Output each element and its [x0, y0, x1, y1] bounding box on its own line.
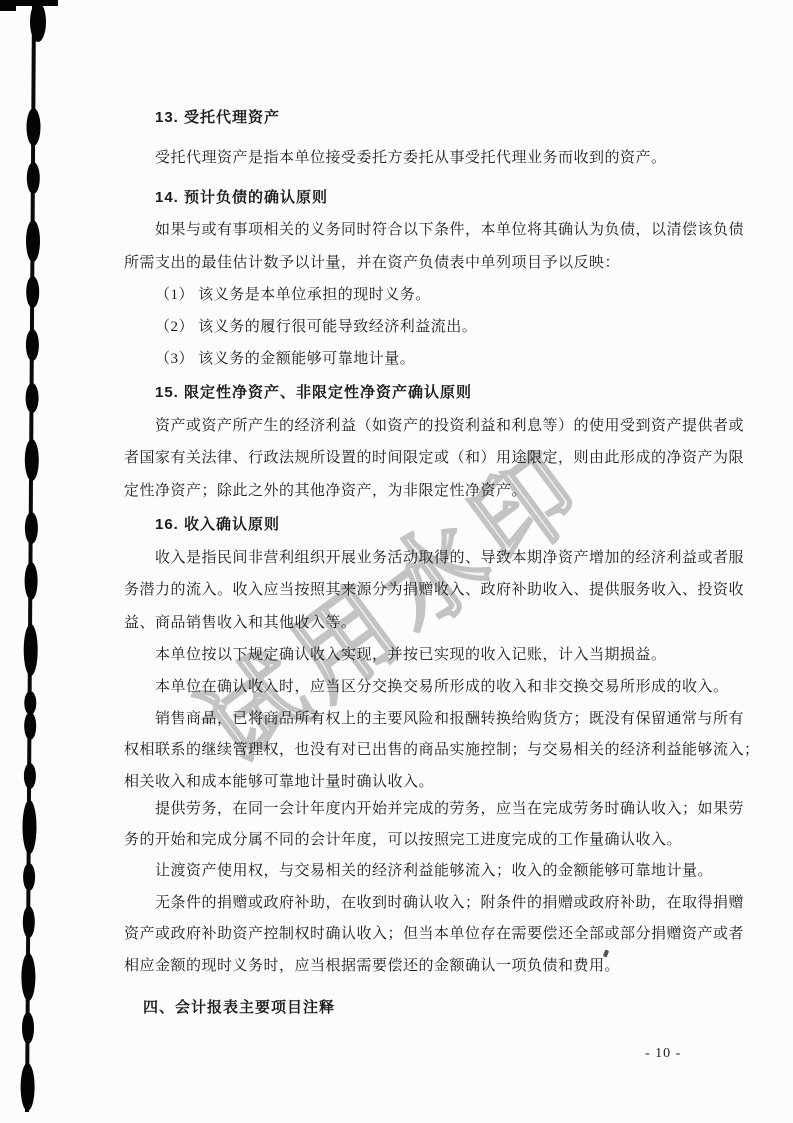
scanned-document-page: 试用水印 13. 受托代理资产 受托代理资产是指本单位接受委托方委托从事受托代理…: [0, 0, 793, 1123]
text-line: 定性净资产；除此之外的其他净资产，为非限定性净资产。: [124, 479, 724, 503]
text-line: 如果与或有事项相关的义务同时符合以下条件，本单位将其确认为负债，以清偿该负债: [124, 218, 755, 242]
text-line: 本单位在确认收入时，应当区分交换交易所形成的收入和非交换交易所形成的收入。: [124, 675, 755, 699]
text-line: 无条件的捐赠或政府补助，在收到时确认收入；附条件的捐赠或政府补助，在取得捐赠: [124, 891, 755, 915]
text-line: 相应金额的现时义务时，应当根据需要偿还的金额确认一项负债和费用。: [124, 954, 724, 978]
text-line: 资产或资产所产生的经济利益（如资产的投资利益和利息等）的使用受到资产提供者或: [124, 414, 755, 438]
list-item-1: （1） 该义务是本单位承担的现时义务。: [124, 283, 755, 307]
text-line: 让渡资产使用权，与交易相关的经济利益能够流入；收入的金额能够可靠地计量。: [124, 859, 755, 883]
text-line: 受托代理资产是指本单位接受委托方委托从事受托代理业务而收到的资产。: [124, 146, 755, 170]
text-line: 收入是指民间非营利组织开展业务活动取得的、导致本期净资产增加的经济利益或者服: [124, 546, 755, 570]
text-line: 益、商品销售收入和其他收入等。: [124, 611, 724, 635]
text-line: 相关收入和成本能够可靠地计量时确认收入。: [124, 770, 724, 794]
text-line: 务的开始和完成分属不同的会计年度，可以按照完工进度完成的工作量确认收入。: [124, 828, 724, 852]
section-heading-4-notes: 四、会计报表主要项目注释: [124, 996, 743, 1020]
page-number: - 10 -: [645, 1046, 681, 1062]
text-line: 资产或政府补助资产控制权时确认收入；但当本单位存在需要偿还全部或部分捐赠资产或者: [124, 922, 724, 946]
section-heading-14: 14. 预计负债的确认原则: [124, 186, 755, 210]
section-heading-15: 15. 限定性净资产、非限定性净资产确认原则: [124, 381, 755, 405]
section-heading-16: 16. 收入确认原则: [124, 513, 755, 537]
text-line: 权相联系的继续管理权，也没有对已出售的商品实施控制；与交易相关的经济利益能够流入…: [124, 738, 724, 762]
text-line: 销售商品，已将商品所有权上的主要风险和报酬转换给购货方；既没有保留通常与所有: [124, 707, 755, 731]
text-line: 本单位按以下规定确认收入实现，并按已实现的收入记账，计入当期损益。: [124, 643, 755, 667]
scan-artifact-left-edge: [0, 0, 60, 1123]
text-line: 所需支出的最佳估计数予以计量，并在资产负债表中单列项目予以反映：: [124, 251, 724, 275]
list-item-3: （3） 该义务的金额能够可靠地计量。: [124, 347, 755, 371]
text-line: 提供劳务，在同一会计年度内开始并完成的劳务，应当在完成劳务时确认收入；如果劳: [124, 797, 755, 821]
text-line: 务潜力的流入。收入应当按照其来源分为捐赠收入、政府补助收入、提供服务收入、投资收: [124, 578, 724, 602]
section-heading-13: 13. 受托代理资产: [124, 106, 755, 130]
list-item-2: （2） 该义务的履行很可能导致经济利益流出。: [124, 315, 755, 339]
text-line: 者国家有关法律、行政法规所设置的时间限定或（和）用途限定，则由此形成的净资产为限: [124, 446, 724, 470]
